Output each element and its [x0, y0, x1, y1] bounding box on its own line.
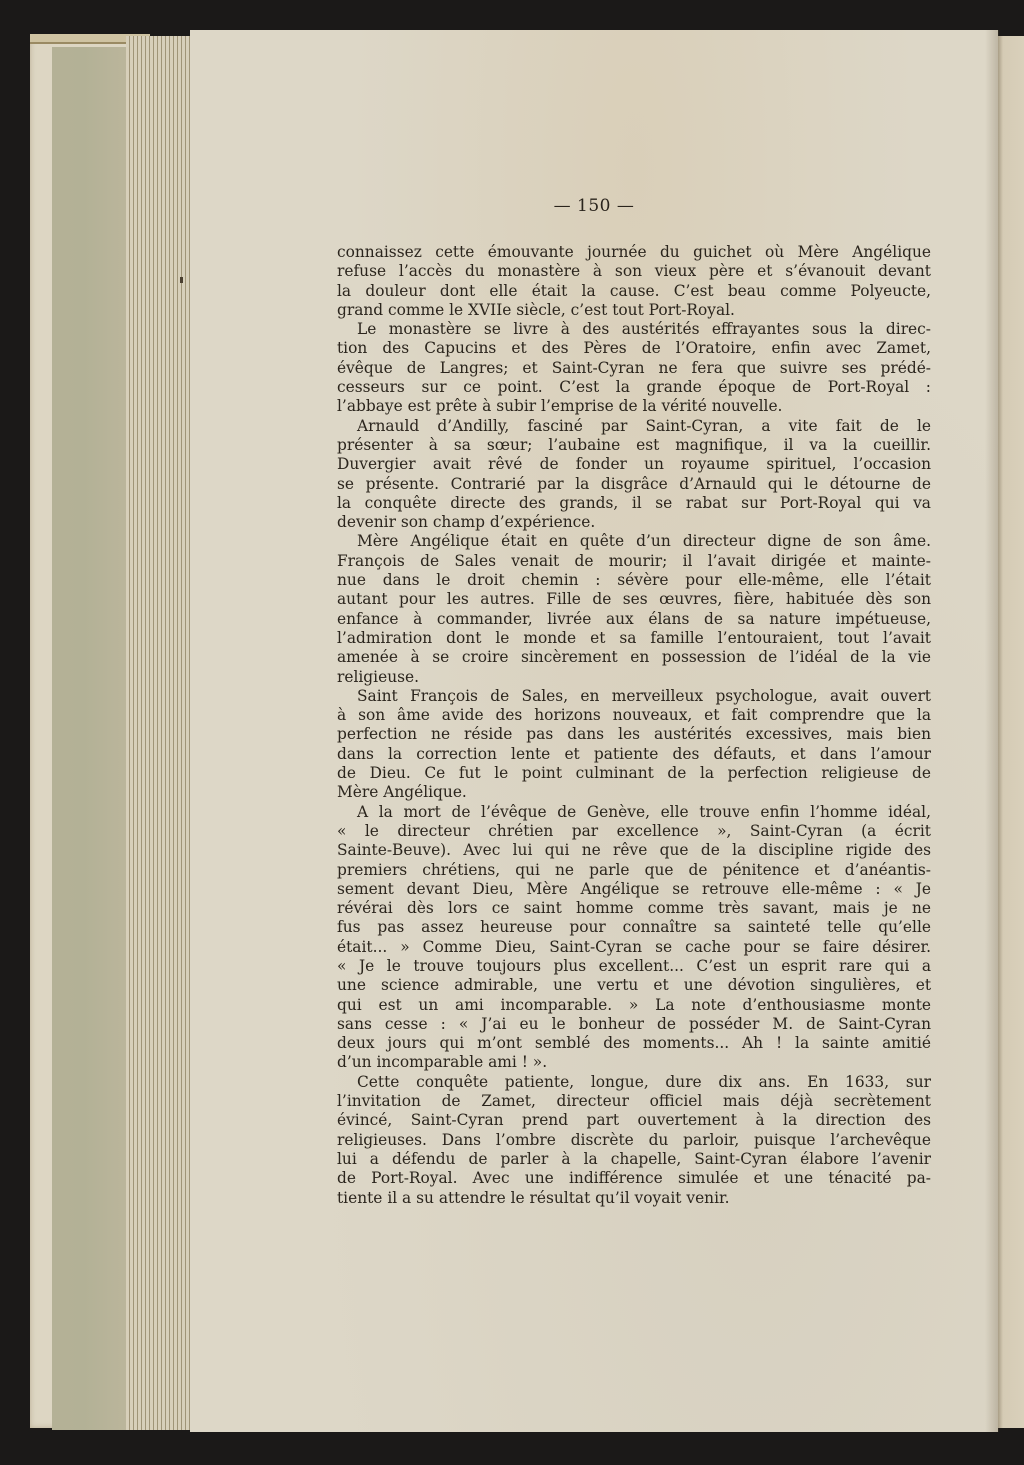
- text-line: l’invitation de Zamet, directeur officie…: [337, 1092, 931, 1111]
- text-line: l’admiration dont le monde et sa famille…: [337, 629, 931, 648]
- text-line: deux jours qui m’ont semblé des moments.…: [337, 1034, 931, 1053]
- text-line: devenir son champ d’expérience.: [337, 513, 931, 532]
- text-line: révérai dès lors ce saint homme comme tr…: [337, 899, 931, 918]
- text-line: lui a défendu de parler à la chapelle, S…: [337, 1150, 931, 1169]
- paragraph: Mère Angélique était en quête d’un direc…: [337, 532, 931, 686]
- text-line: grand comme le XVIIe siècle, c’est tout …: [337, 301, 931, 320]
- page-stack-edges: [126, 36, 192, 1430]
- text-line: Sainte-Beuve). Avec lui qui ne rêve que …: [337, 841, 931, 860]
- text-line: François de Sales venait de mourir; il l…: [337, 552, 931, 571]
- text-line: Le monastère se livre à des austérités e…: [337, 320, 931, 339]
- text-line: enfance à commander, livrée aux élans de…: [337, 610, 931, 629]
- text-line: Mère Angélique.: [337, 783, 931, 802]
- text-line: dans la correction lente et patiente des…: [337, 745, 931, 764]
- text-line: de Port-Royal. Avec une indifférence sim…: [337, 1169, 931, 1188]
- scanned-book-spread: — 150 — connaissez cette émouvante journ…: [0, 0, 1024, 1465]
- text-line: évêque de Langres; et Saint-Cyran ne fer…: [337, 359, 931, 378]
- gutter-shadow: [985, 30, 999, 1432]
- body-text: connaissez cette émouvante journée du gu…: [337, 243, 931, 1208]
- paragraph: Le monastère se livre à des austérités e…: [337, 320, 931, 416]
- text-line: premiers chrétiens, qui ne parle que de …: [337, 861, 931, 880]
- paragraph: A la mort de l’évêque de Genève, elle tr…: [337, 803, 931, 1073]
- text-line: l’abbaye est prête à subir l’emprise de …: [337, 397, 931, 416]
- text-line: à son âme avide des horizons nouveaux, e…: [337, 706, 931, 725]
- text-line: une science admirable, une vertu et une …: [337, 976, 931, 995]
- text-line: la douleur dont elle était la cause. C’e…: [337, 282, 931, 301]
- text-line: de Dieu. Ce fut le point culminant de la…: [337, 764, 931, 783]
- text-line: évincé, Saint-Cyran prend part ouverteme…: [337, 1111, 931, 1130]
- facing-page-edge: [998, 36, 1024, 1428]
- paragraph: connaissez cette émouvante journée du gu…: [337, 243, 931, 320]
- text-line: Saint François de Sales, en merveilleux …: [337, 687, 931, 706]
- text-line: fus pas assez heureuse pour connaître sa…: [337, 918, 931, 937]
- paragraph: Cette conquête patiente, longue, dure di…: [337, 1073, 931, 1208]
- text-line: tiente il a su attendre le résultat qu’i…: [337, 1189, 931, 1208]
- text-line: sans cesse : « J’ai eu le bonheur de pos…: [337, 1015, 931, 1034]
- text-line: « Je le trouve toujours plus excellent..…: [337, 957, 931, 976]
- margin-mark: [180, 277, 183, 283]
- text-line: tion des Capucins et des Pères de l’Orat…: [337, 339, 931, 358]
- text-line: présenter à sa sœur; l’aubaine est magni…: [337, 436, 931, 455]
- text-line: qui est un ami incomparable. » La note d…: [337, 996, 931, 1015]
- text-line: religieuse.: [337, 668, 931, 687]
- text-line: nue dans le droit chemin : sévère pour e…: [337, 571, 931, 590]
- text-line: « le directeur chrétien par excellence »…: [337, 822, 931, 841]
- book-cover-edge: [52, 47, 133, 1430]
- text-line: Cette conquête patiente, longue, dure di…: [337, 1073, 931, 1092]
- paragraph: Arnauld d’Andilly, fasciné par Saint-Cyr…: [337, 417, 931, 533]
- text-line: était... » Comme Dieu, Saint-Cyran se ca…: [337, 938, 931, 957]
- text-line: A la mort de l’évêque de Genève, elle tr…: [337, 803, 931, 822]
- text-line: Mère Angélique était en quête d’un direc…: [337, 532, 931, 551]
- text-line: d’un incomparable ami ! ».: [337, 1053, 931, 1072]
- text-line: Arnauld d’Andilly, fasciné par Saint-Cyr…: [337, 417, 931, 436]
- text-line: la conquête directe des grands, il se ra…: [337, 494, 931, 513]
- paragraph: Saint François de Sales, en merveilleux …: [337, 687, 931, 803]
- text-line: sement devant Dieu, Mère Angélique se re…: [337, 880, 931, 899]
- text-line: refuse l’accès du monastère à son vieux …: [337, 262, 931, 281]
- text-line: cesseurs sur ce point. C’est la grande é…: [337, 378, 931, 397]
- text-line: se présente. Contrarié par la disgrâce d…: [337, 475, 931, 494]
- text-line: amenée à se croire sincèrement en posses…: [337, 648, 931, 667]
- text-line: autant pour les autres. Fille de ses œuv…: [337, 590, 931, 609]
- text-line: perfection ne réside pas dans les austér…: [337, 725, 931, 744]
- text-line: religieuses. Dans l’ombre discrète du pa…: [337, 1131, 931, 1150]
- page-number: — 150 —: [190, 196, 998, 216]
- text-line: connaissez cette émouvante journée du gu…: [337, 243, 931, 262]
- text-line: Duvergier avait rêvé de fonder un royaum…: [337, 455, 931, 474]
